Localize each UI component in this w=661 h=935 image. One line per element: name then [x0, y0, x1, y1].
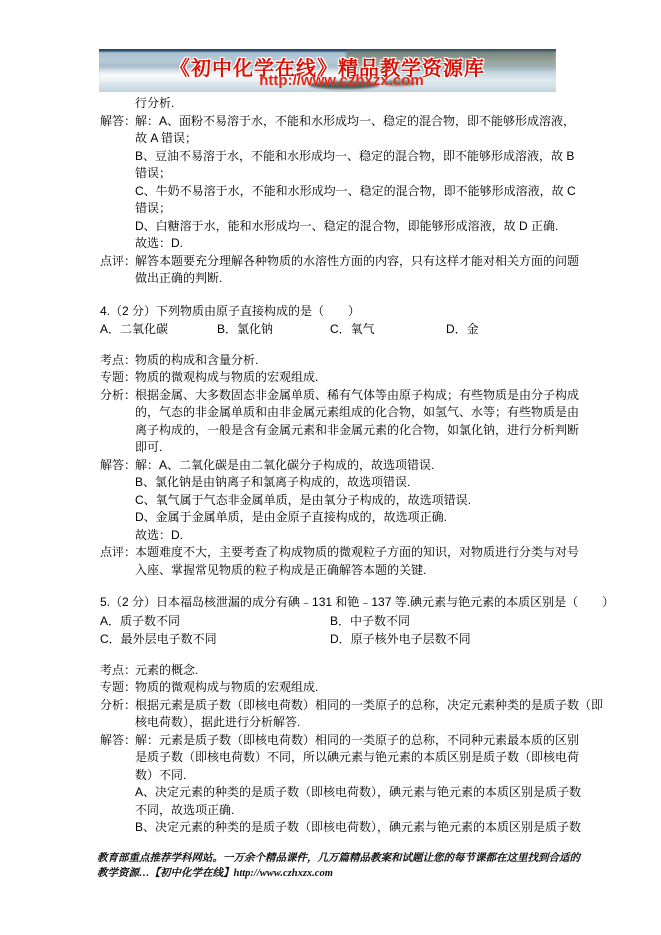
intro-continuation-line: 行分析. — [135, 95, 580, 113]
section-text: 物质的微观构成与物质的宏观组成. — [135, 369, 580, 387]
section-label: 解答： — [100, 113, 135, 131]
question-5-title: 5.（2 分）日本福岛核泄漏的成分有碘﹣131 和铯﹣137 等.碘元素与铯元素… — [100, 594, 580, 612]
option-d: D．原子核外电子层数不同 — [330, 631, 471, 649]
option-b: B．中子数不同 — [330, 613, 410, 631]
question-4-options: A．二氧化碳 B．氯化钠 C．氧气 D．金 — [100, 321, 580, 339]
text-line: D、白糖溶于水，能和水形成均一、稳定的混合物，即能够形成溶液，故 D 正确. — [135, 218, 580, 236]
text-line: 核电荷数），据此进行分析解答. — [135, 714, 580, 732]
text-line: 数）不同. — [135, 767, 580, 785]
section-label: 考点： — [100, 662, 135, 680]
q4-theme-section: 专题： 物质的微观构成与物质的宏观组成. — [100, 369, 580, 387]
text-line: 解：A、二氧化碳是由二氧化碳分子构成的，故选项错误. — [135, 457, 580, 475]
text-line: C、氧气属于气态非金属单质，是由氧分子构成的，故选项错误. — [135, 492, 580, 510]
text-line: 物质的微观构成与物质的宏观组成. — [135, 679, 580, 697]
text-line: 不同，故选项正确. — [135, 802, 580, 820]
section-label: 解答： — [100, 457, 135, 475]
section-text: 根据元素是质子数（即核电荷数）相同的一类原子的总称，决定元素种类的是质子数（即 … — [135, 697, 580, 732]
text-line: B、决定元素的种类的是质子数（即核电荷数），碘元素与铯元素的本质区别是质子数 — [135, 819, 580, 837]
site-banner: 《初中化学在线》精品教学资源库 http://www.czhxzx.com — [99, 49, 556, 92]
page-footer: 教育部重点推荐学科网站。一万余个精品课件，几万篇精品教案和试题让您的每节课都在这… — [97, 852, 597, 881]
option-b: B．氯化钠 — [217, 321, 330, 339]
section-text: 元素的概念. — [135, 662, 580, 680]
text-line: 解答本题要充分理解各种物质的水溶性方面的内容，只有这样才能对相关方面的问题 — [135, 253, 580, 271]
question-4-title: 4.（2 分）下列物质由原子直接构成的是（ ） — [100, 303, 580, 321]
text-line: 根据元素是质子数（即核电荷数）相同的一类原子的总称，决定元素种类的是质子数（即 — [135, 697, 580, 715]
document-page: 《初中化学在线》精品教学资源库 http://www.czhxzx.com 行分… — [0, 0, 661, 935]
text-line: 错误； — [135, 200, 580, 218]
q5-analysis-section: 分析： 根据元素是质子数（即核电荷数）相同的一类原子的总称，决定元素种类的是质子… — [100, 697, 580, 732]
question-5-options-row-2: C．最外层电子数不同 D．原子核外电子层数不同 — [100, 631, 580, 649]
q4-answer-section: 解答： 解：A、二氧化碳是由二氧化碳分子构成的，故选项错误. B、氯化钠是由钠离… — [100, 457, 580, 545]
text-line: 离子构成的，一般是含有金属元素和非金属元素的化合物，如氯化钠，进行分析判断 — [135, 422, 580, 440]
q5-theme-section: 专题： 物质的微观构成与物质的宏观组成. — [100, 679, 580, 697]
section-label: 专题： — [100, 369, 135, 387]
text-line: 解：元素是质子数（即核电荷数）相同的一类原子的总称，不同种元素最本质的区别 — [135, 732, 580, 750]
q3-answer-section: 解答： 解：A、面粉不易溶于水，不能和水形成均一、稳定的混合物，即不能够形成溶液… — [100, 113, 580, 253]
text-line: 根据金属、大多数固态非金属单质、稀有气体等由原子构成；有些物质是由分子构成 — [135, 387, 580, 405]
answer-choice-line: 故选：D. — [135, 527, 580, 545]
text-line: 即可. — [135, 439, 580, 457]
text-line: 元素的概念. — [135, 662, 580, 680]
q5-topic-section: 考点： 元素的概念. — [100, 662, 580, 680]
option-c: C．氧气 — [330, 321, 446, 339]
section-text: 解：A、面粉不易溶于水，不能和水形成均一、稳定的混合物，即不能够形成溶液， 故 … — [135, 113, 580, 253]
section-label: 分析： — [100, 387, 135, 405]
footer-promo-line: 教育部重点推荐学科网站。一万余个精品课件，几万篇精品教案和试题让您的每节课都在这… — [97, 852, 597, 867]
section-label: 点评： — [100, 253, 135, 271]
banner-url: http://www.czhxzx.com — [113, 72, 556, 89]
text-line: B、豆油不易溶于水，不能和水形成均一、稳定的混合物，即不能够形成溶液，故 B — [135, 148, 580, 166]
text-line: A、决定元素的种类的是质子数（即核电荷数），碘元素与铯元素的本质区别是质子数 — [135, 784, 580, 802]
text-line: 入座、掌握常见物质的粒子构成是正确解答本题的关键. — [135, 562, 580, 580]
q3-comment-section: 点评： 解答本题要充分理解各种物质的水溶性方面的内容，只有这样才能对相关方面的问… — [100, 253, 580, 288]
text-line: C、牛奶不易溶于水，不能和水形成均一、稳定的混合物，即不能够形成溶液，故 C — [135, 183, 580, 201]
text-line: B、氯化钠是由钠离子和氯离子构成的，故选项错误. — [135, 474, 580, 492]
text-line: 做出正确的判断. — [135, 270, 580, 288]
option-a: A．二氧化碳 — [100, 321, 217, 339]
text-line: D、金属于金属单质，是由金原子直接构成的，故选项正确. — [135, 509, 580, 527]
section-label: 分析： — [100, 697, 135, 715]
q4-comment-section: 点评： 本题难度不大，主要考查了构成物质的微观粒子方面的知识，对物质进行分类与对… — [100, 544, 580, 579]
text-line: 是质子数（即核电荷数）不同，所以碘元素与铯元素的本质区别是质子数（即核电荷 — [135, 749, 580, 767]
option-d: D．金 — [446, 321, 479, 339]
text-line: 本题难度不大，主要考查了构成物质的微观粒子方面的知识，对物质进行分类与对号 — [135, 544, 580, 562]
text-line: 物质的微观构成与物质的宏观组成. — [135, 369, 580, 387]
section-text: 解：A、二氧化碳是由二氧化碳分子构成的，故选项错误. B、氯化钠是由钠离子和氯离… — [135, 457, 580, 545]
question-5-options-row-1: A．质子数不同 B．中子数不同 — [100, 613, 580, 631]
section-text: 根据金属、大多数固态非金属单质、稀有气体等由原子构成；有些物质是由分子构成 的，… — [135, 387, 580, 457]
text-line: 物质的构成和含量分析. — [135, 352, 580, 370]
text-line: 故 A 错误； — [135, 130, 580, 148]
section-text: 解答本题要充分理解各种物质的水溶性方面的内容，只有这样才能对相关方面的问题 做出… — [135, 253, 580, 288]
text-line: 错误； — [135, 165, 580, 183]
section-text: 本题难度不大，主要考查了构成物质的微观粒子方面的知识，对物质进行分类与对号 入座… — [135, 544, 580, 579]
option-c: C．最外层电子数不同 — [100, 631, 330, 649]
answer-choice-line: 故选：D. — [135, 235, 580, 253]
section-label: 考点： — [100, 352, 135, 370]
section-text: 物质的构成和含量分析. — [135, 352, 580, 370]
section-text: 解：元素是质子数（即核电荷数）相同的一类原子的总称，不同种元素最本质的区别 是质… — [135, 732, 580, 837]
section-label: 解答： — [100, 732, 135, 750]
text-line: 的，气态的非金属单质和由非金属元素组成的化合物，如氢气、水等；有些物质是由 — [135, 404, 580, 422]
document-body: 行分析. 解答： 解：A、面粉不易溶于水，不能和水形成均一、稳定的混合物，即不能… — [100, 95, 580, 837]
text-line: 解：A、面粉不易溶于水，不能和水形成均一、稳定的混合物，即不能够形成溶液， — [135, 113, 580, 131]
q5-answer-section: 解答： 解：元素是质子数（即核电荷数）相同的一类原子的总称，不同种元素最本质的区… — [100, 732, 580, 837]
footer-site-line: 教学资源…【初中化学在线】http://www.czhxzx.com — [97, 867, 597, 882]
section-text: 物质的微观构成与物质的宏观组成. — [135, 679, 580, 697]
q4-analysis-section: 分析： 根据金属、大多数固态非金属单质、稀有气体等由原子构成；有些物质是由分子构… — [100, 387, 580, 457]
q4-topic-section: 考点： 物质的构成和含量分析. — [100, 352, 580, 370]
option-a: A．质子数不同 — [100, 613, 330, 631]
section-label: 专题： — [100, 679, 135, 697]
section-label: 点评： — [100, 544, 135, 562]
